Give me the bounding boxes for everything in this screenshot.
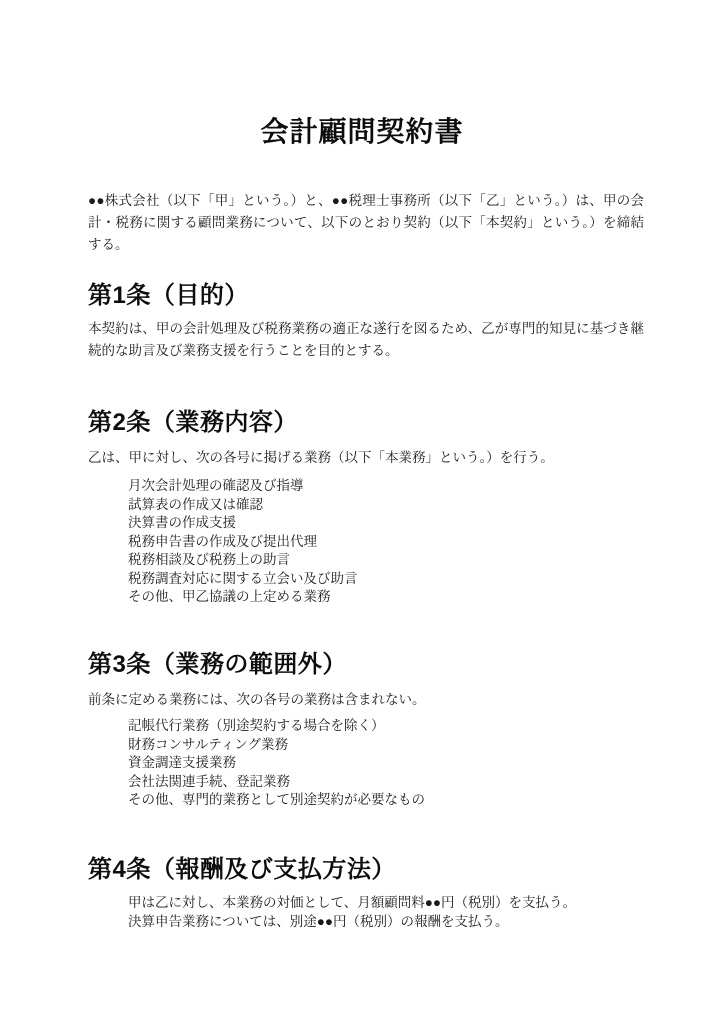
contract-document-page: 会計顧問契約書 ●●株式会社（以下「甲」という。）と、●●税理士事務所（以下「乙… [0, 0, 724, 1024]
article-2-heading: 第2条（業務内容） [88, 402, 298, 437]
article-2-item-list: 月次会計処理の確認及び指導 試算表の作成又は確認 決算書の作成支援 税務申告書の… [128, 477, 648, 607]
list-item: 資金調達支援業務 [128, 754, 648, 773]
article-3-heading: 第3条（業務の範囲外） [88, 644, 347, 679]
article-4-item-list: 甲は乙に対し、本業務の対価として、月額顧問料●●円（税別）を支払う。 決算申告業… [128, 894, 648, 931]
intro-paragraph: ●●株式会社（以下「甲」という。）と、●●税理士事務所（以下「乙」という。）は、… [88, 190, 644, 256]
article-4-heading: 第4条（報酬及び支払方法） [88, 849, 396, 884]
article-3-item-list: 記帳代行業務（別途契約する場合を除く） 財務コンサルティング業務 資金調達支援業… [128, 717, 648, 810]
article-3-body: 前条に定める業務には、次の各号の業務は含まれない。 [88, 689, 644, 711]
list-item: 税務相談及び税務上の助言 [128, 551, 648, 570]
list-item: その他、甲乙協議の上定める業務 [128, 588, 648, 607]
list-item: 試算表の作成又は確認 [128, 496, 648, 515]
list-item: 税務調査対応に関する立会い及び助言 [128, 570, 648, 589]
list-item: 税務申告書の作成及び提出代理 [128, 533, 648, 552]
article-1-heading: 第1条（目的） [88, 275, 249, 310]
list-item: その他、専門的業務として別途契約が必要なもの [128, 791, 648, 810]
article-1-body: 本契約は、甲の会計処理及び税務業務の適正な遂行を図るため、乙が専門的知見に基づき… [88, 318, 644, 362]
list-item: 月次会計処理の確認及び指導 [128, 477, 648, 496]
article-2-body: 乙は、甲に対し、次の各号に掲げる業務（以下「本業務」という。）を行う。 [88, 447, 644, 469]
list-item: 財務コンサルティング業務 [128, 736, 648, 755]
list-item: 会社法関連手続、登記業務 [128, 773, 648, 792]
document-title: 会計顧問契約書 [0, 110, 724, 150]
list-item: 甲は乙に対し、本業務の対価として、月額顧問料●●円（税別）を支払う。 [128, 894, 648, 913]
list-item: 決算申告業務については、別途●●円（税別）の報酬を支払う。 [128, 913, 648, 932]
list-item: 記帳代行業務（別途契約する場合を除く） [128, 717, 648, 736]
list-item: 決算書の作成支援 [128, 514, 648, 533]
